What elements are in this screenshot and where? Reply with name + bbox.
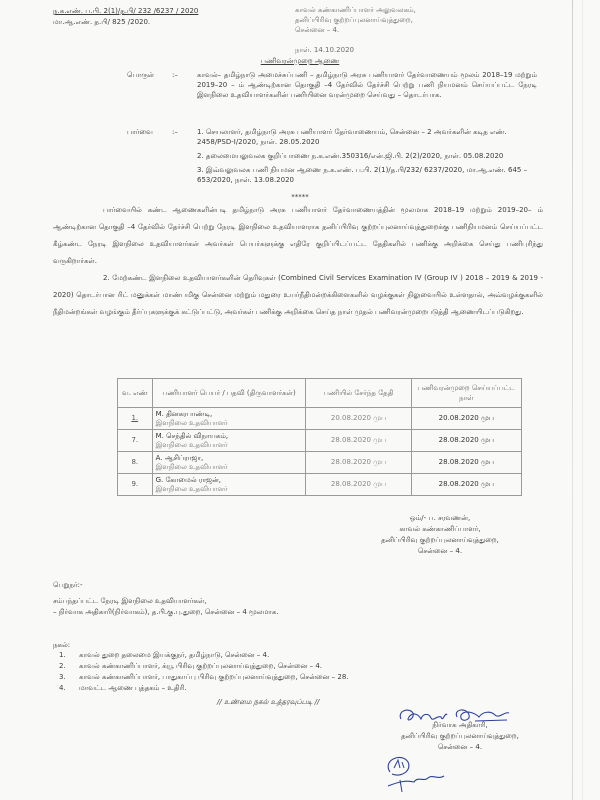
copy-number: 1. [53, 650, 79, 661]
joined-date-text: 28.08.2020 முப [331, 480, 386, 488]
employee-cell: G. கோமைல் ராஜன்,இளநிலை உதவியாளர் [152, 474, 306, 496]
employee-post: இளநிலை உதவியாளர் [156, 463, 303, 472]
regularisation-table: வ. எண் பணியாளர் பெயர் / பதவி (திருவாளர்க… [117, 378, 522, 496]
reference-item: 2. தலைமையலுவலக குறிப்பாணை ந.க.எண்.350316… [197, 151, 537, 161]
copy-item: 4.மாவட்ட ஆணை புத்தகம் – உதிரி. [53, 683, 349, 694]
office-line: காவல் கண்காணிப்பாளர் அலுவலகம், [295, 5, 495, 15]
references-label: பார்வை [127, 127, 153, 137]
joined-date-cell: 28.08.2020 முப [306, 430, 411, 452]
serial-number-cell: 1. [118, 408, 153, 430]
joined-date-cell: 28.08.2020 முப [306, 474, 411, 496]
employee-name: M. தினகரபாண்டி, [156, 410, 303, 419]
office-line: தனிப்பிரிவு குற்றப்புலனாய்வுத்துறை, [295, 15, 495, 25]
order-number: மா.ஆ.எண். த.பி/ 825 /2020. [53, 17, 150, 27]
joined-date-text: 28.08.2020 முப [331, 458, 386, 466]
regularised-date-text: 20.08.2020 முப [439, 414, 494, 422]
order-date: நாள். 14.10.2020 [295, 45, 354, 55]
serial-number-text: 7. [131, 436, 138, 444]
office-line: சென்னை – 4. [295, 25, 495, 35]
body-paragraph-2: 2. மேற்கண்ட இளநிலை உதவியாளர்களின் தெரிவு… [53, 270, 543, 321]
copy-number: 2. [53, 661, 79, 672]
recipients-label: பெறுநர்:- [53, 580, 83, 590]
employee-cell: M. செந்தில் விநாயகம்,இளநிலை உதவியாளர் [152, 430, 306, 452]
copy-text: காவல் கண்காணிப்பாளர், பாதுகாப்பு பிரிவு … [79, 672, 349, 683]
subject-label: பொருள் [127, 70, 154, 80]
joined-date-cell: 20.08.2020 முப [306, 408, 411, 430]
office-address: காவல் கண்காணிப்பாளர் அலுவலகம், தனிப்பிரி… [295, 5, 495, 35]
serial-number-cell: 8. [118, 452, 153, 474]
attestation-block: நிர்வாக அதிகாரி, தனிப்பிரிவு குற்றப்புலன… [360, 720, 560, 753]
employee-name: M. செந்தில் விநாயகம், [156, 432, 303, 441]
copy-item: 2.காவல் கண்காணிப்பாளர், க்யூ பிரிவு குற்… [53, 661, 349, 672]
serial-number-text: 8. [131, 458, 138, 466]
copy-number: 3. [53, 672, 79, 683]
attestation-line: தனிப்பிரிவு குற்றப்புலனாய்வுத்துறை, [360, 731, 560, 742]
employee-name: G. கோமைல் ராஜன், [156, 476, 303, 485]
copy-text: காவல் துறை தலைமை இயக்குநர், தமிழ்நாடு, ச… [79, 650, 269, 661]
table-header-row: வ. எண் பணியாளர் பெயர் / பதவி (திருவாளர்க… [118, 379, 522, 408]
regularised-date-text: 28.08.2020 முப [439, 480, 494, 488]
scan-edge-line [572, 0, 573, 800]
table-row: 9.G. கோமைல் ராஜன்,இளநிலை உதவியாளர்28.08.… [118, 474, 522, 496]
initials-signature-icon [380, 752, 450, 796]
copy-number: 4. [53, 683, 79, 694]
employee-post: இளநிலை உதவியாளர் [156, 485, 303, 494]
copy-text: காவல் கண்காணிப்பாளர், க்யூ பிரிவு குற்றப… [79, 661, 322, 672]
employee-post: இளநிலை உதவியாளர் [156, 441, 303, 450]
references-list: 1. செயலாளர், தமிழ்நாடு அரசு பணியாளர் தேர… [197, 127, 537, 189]
column-header-joined: பணியில் சேர்ந்த தேதி [306, 379, 411, 408]
serial-number-text: 9. [131, 480, 138, 488]
joined-date-text: 28.08.2020 முப [331, 436, 386, 444]
table-row: 7.M. செந்தில் விநாயகம்,இளநிலை உதவியாளர்2… [118, 430, 522, 452]
true-copy-note: // உண்மை நகல் உத்தரவுப்படி // [217, 697, 319, 707]
subject-text: காவல்– தமிழ்நாடு அமைச்சுப்பணி – தமிழ்நாட… [197, 70, 537, 100]
attestation-line: நிர்வாக அதிகாரி, [360, 720, 560, 731]
signatory-block: ஒம்/- ப. சரவணன், காவல் கண்காணிப்பாளர், த… [340, 513, 540, 557]
joined-date-text: 20.08.2020 முப [331, 414, 386, 422]
regularised-date-text: 28.08.2020 முப [439, 436, 494, 444]
copy-item: 1.காவல் துறை தலைமை இயக்குநர், தமிழ்நாடு,… [53, 650, 349, 661]
copy-text: மாவட்ட ஆணை புத்தகம் – உதிரி. [79, 683, 187, 694]
body-paragraph-1: பார்வையில் கண்ட ஆணைகளின்படி தமிழ்நாடு அர… [53, 202, 543, 270]
signatory-line: ஒம்/- ப. சரவணன், [340, 513, 540, 524]
column-header-name: பணியாளர் பெயர் / பதவி (திருவாளர்கள்) [152, 379, 306, 408]
table-row: 8.A. ஆசிப்ராஜா,இளநிலை உதவியாளர்28.08.202… [118, 452, 522, 474]
serial-number-cell: 7. [118, 430, 153, 452]
serial-number-text: 1. [131, 414, 138, 422]
regularised-date-cell: 28.08.2020 முப [411, 474, 521, 496]
signatory-line: தனிப்பிரிவு குற்றப்புலனாய்வுத்துறை, [340, 535, 540, 546]
copies-label: நகல்: [53, 640, 70, 650]
serial-number-cell: 9. [118, 474, 153, 496]
regularised-date-cell: 20.08.2020 முப [411, 408, 521, 430]
column-header-serial: வ. எண் [118, 379, 153, 408]
reference-item: 3. இவ்வலுவலக பணி நியமன ஆணை ந.க.எண். ப.பி… [197, 165, 537, 185]
joined-date-cell: 28.08.2020 முப [306, 452, 411, 474]
scan-edge-line [582, 0, 583, 800]
recipients-to: சம்பந்தப்பட்ட நேரடி இளநிலை உதவியாளர்கள், [53, 596, 207, 606]
regularised-date-cell: 28.08.2020 முப [411, 430, 521, 452]
subject-colon: :– [172, 70, 178, 80]
copy-item: 3.காவல் கண்காணிப்பாளர், பாதுகாப்பு பிரிவ… [53, 672, 349, 683]
regularised-date-cell: 28.08.2020 முப [411, 452, 521, 474]
separator: ***** [0, 192, 600, 202]
document-title: பணிவரன்முறை ஆணை [0, 56, 600, 66]
document-page: ந.க.எண். ப.பி. 2(1)/த.பி/ 232 /6237 / 20… [0, 0, 600, 800]
reference-number: ந.க.எண். ப.பி. 2(1)/த.பி/ 232 /6237 / 20… [53, 6, 198, 16]
references-colon: :– [172, 127, 178, 137]
signatory-line: சென்னை – 4. [340, 546, 540, 557]
reference-item: 1. செயலாளர், தமிழ்நாடு அரசு பணியாளர் தேர… [197, 127, 537, 147]
recipients-via: – நிர்வாக அதிகாரி(நிர்வாகம்), த.பி.கு.பு… [53, 607, 279, 617]
signatory-line: காவல் கண்காணிப்பாளர், [340, 524, 540, 535]
employee-cell: M. தினகரபாண்டி,இளநிலை உதவியாளர் [152, 408, 306, 430]
employee-name: A. ஆசிப்ராஜா, [156, 454, 303, 463]
employee-cell: A. ஆசிப்ராஜா,இளநிலை உதவியாளர் [152, 452, 306, 474]
table-row: 1.M. தினகரபாண்டி,இளநிலை உதவியாளர்20.08.2… [118, 408, 522, 430]
copies-list: 1.காவல் துறை தலைமை இயக்குநர், தமிழ்நாடு,… [53, 650, 349, 694]
regularised-date-text: 28.08.2020 முப [439, 458, 494, 466]
column-header-regularised: பணிவரன்முறை செய்யப்பட்ட நாள் [411, 379, 521, 408]
employee-post: இளநிலை உதவியாளர் [156, 419, 303, 428]
